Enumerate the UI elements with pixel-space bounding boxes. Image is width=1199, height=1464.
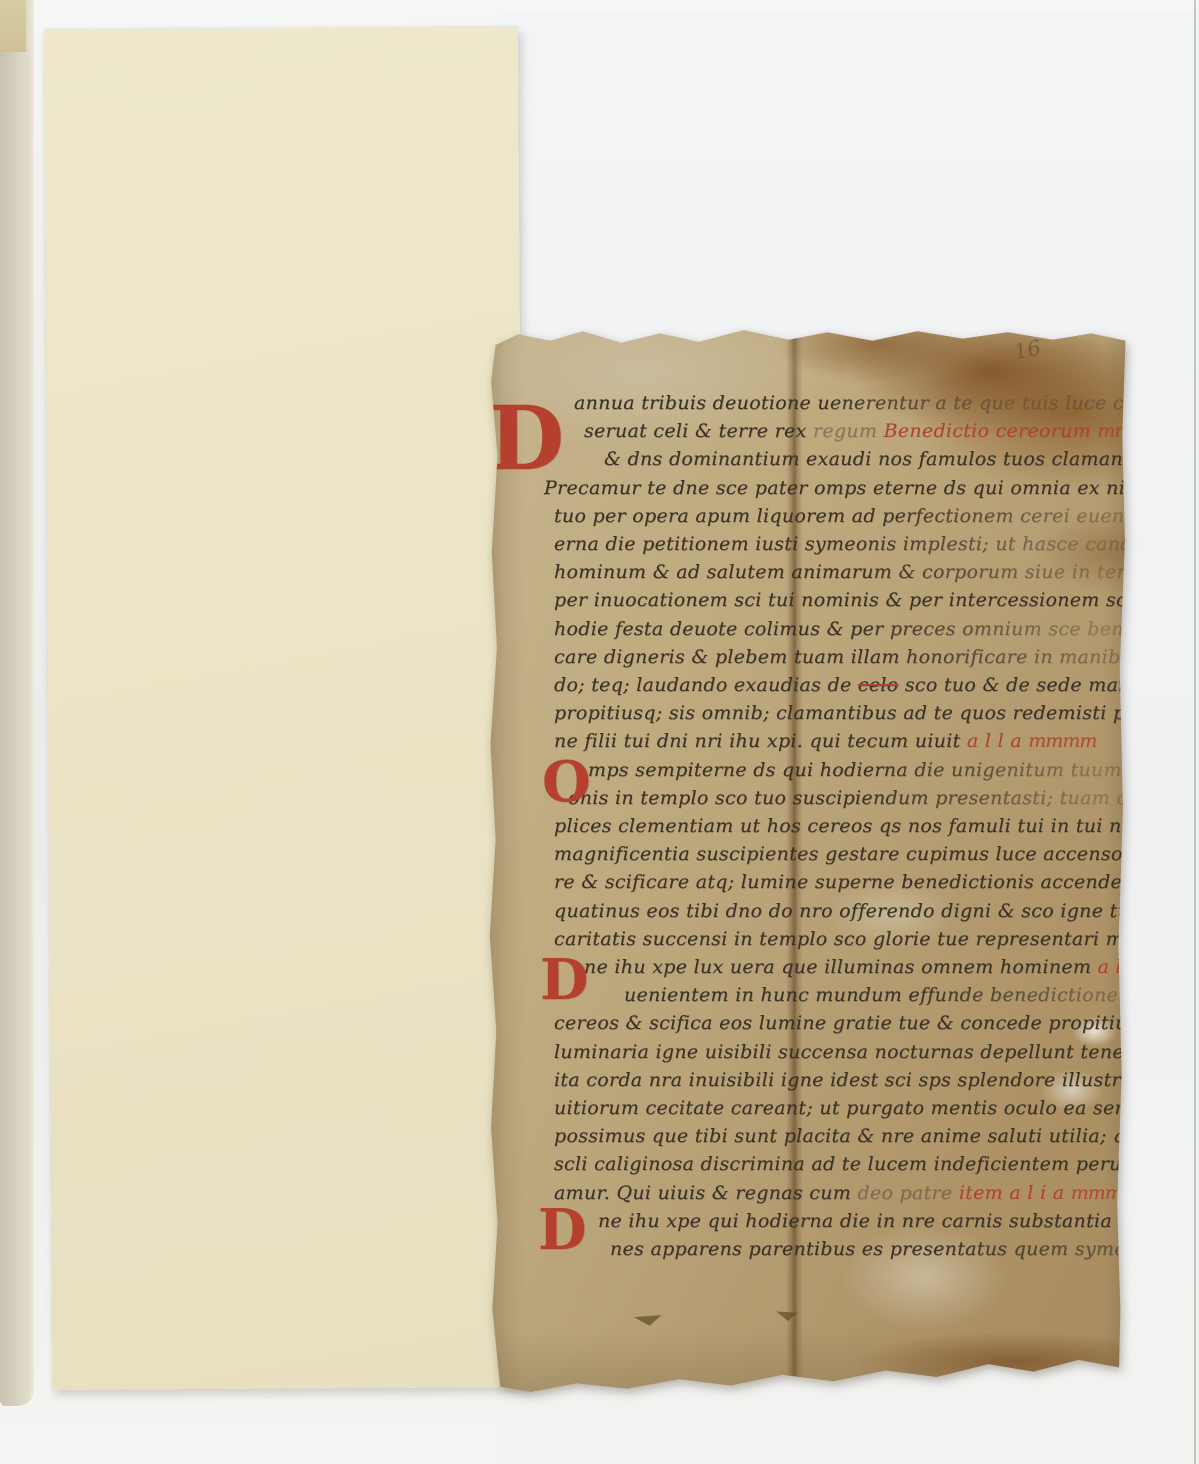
manuscript-line: plices clementiam ut hos cereos qs nos f… — [554, 812, 1187, 840]
text-segment: mmmm — [1028, 730, 1096, 752]
text-segment: plices clementiam ut hos cereos qs nos f… — [554, 815, 1187, 837]
manuscript-line: care digneris & plebem tuam illam honori… — [554, 643, 1199, 671]
text-segment: seruat celi & terre rex — [584, 420, 813, 442]
manuscript-line: luminaria igne uisibili succensa nocturn… — [554, 1038, 1167, 1066]
text-segment: Benedictio cereorum — [884, 420, 1098, 442]
manuscript-line: nes apparens parentibus es presentatus q… — [610, 1235, 1199, 1263]
text-segment: re & scificare atq; lumine superne bened… — [554, 871, 1199, 893]
text-segment: do; teq; laudando exaudias de — [554, 674, 858, 696]
text-segment: onis in templo sco tuo suscipiendum pres… — [568, 787, 1199, 809]
text-segment: amur. Qui uiuis & regnas cum — [554, 1182, 857, 1204]
text-segment: a l l a — [967, 730, 1028, 752]
text-segment: cereos & scifica eos lumine gratie tue &… — [554, 1012, 1199, 1034]
guard-page — [44, 27, 526, 1390]
manuscript-line: hodie festa deuote colimus & per preces … — [554, 615, 1199, 643]
rubricated-initial: D — [488, 398, 564, 479]
manuscript-line: uenientem in hunc mundum effunde benedic… — [624, 981, 1199, 1009]
book-fore-edge-top — [0, 0, 26, 52]
manuscript-line: ne ihu xpe lux uera que illuminas omnem … — [584, 953, 1199, 981]
manuscript-line: & dns dominantium exaudi nos famulos tuo… — [604, 445, 1199, 473]
manuscript-line: onis in templo sco tuo suscipiendum pres… — [568, 784, 1199, 812]
text-segment: luminaria igne uisibili succensa nocturn… — [554, 1041, 1167, 1063]
text-segment: scli caliginosa discrimina ad te lucem i… — [554, 1153, 1199, 1175]
text-segment: mmmm — [1071, 1182, 1139, 1204]
text-segment: deo patre — [857, 1182, 958, 1204]
manuscript-line: uitiorum cecitate careant; ut purgato me… — [554, 1094, 1199, 1122]
manuscript-line: possimus que tibi sunt placita & nre ani… — [554, 1122, 1199, 1150]
manuscript-line: seruat celi & terre rex regum Benedictio… — [584, 417, 1182, 445]
text-segment: ne ihu xpe lux uera que illuminas omnem … — [584, 956, 1098, 978]
rubricated-initial: D — [538, 1204, 587, 1256]
text-segment: item a l i a — [959, 1182, 1071, 1204]
parchment-cut-mark — [634, 1315, 663, 1327]
manuscript-line: ita corda nra inuisibili igne idest sci … — [554, 1066, 1199, 1094]
text-segment: care digneris & plebem tuam illam honori… — [554, 646, 1199, 668]
manuscript-line: Precamur te dne sce pater omps eterne ds… — [544, 474, 1199, 502]
text-segment: uenientem in hunc mundum effunde benedic… — [624, 984, 1199, 1006]
manuscript-line: scli caliginosa discrimina ad te lucem i… — [554, 1150, 1199, 1178]
folio-number: 16 — [1012, 335, 1043, 364]
parchment-cut-mark — [776, 1311, 798, 1321]
manuscript-line: do; teq; laudando exaudias de celo sco t… — [554, 671, 1199, 699]
text-segment: ita corda nra inuisibili igne idest sci … — [554, 1069, 1199, 1091]
rubricated-initial: O — [542, 756, 591, 808]
text-segment: ne ihu xpe qui hodierna die in nre carni… — [598, 1210, 1199, 1232]
text-segment: hominum & ad salutem animarum & corporum… — [554, 561, 1199, 583]
manuscript-line: caritatis succensi in templo sco glorie … — [554, 925, 1199, 953]
text-segment: ne filii tui dni nri ihu xpi. qui tecum … — [554, 730, 967, 752]
manuscript-line: mps sempiterne ds qui hodierna die unige… — [588, 756, 1199, 784]
text-segment: & dns dominantium exaudi nos famulos tuo… — [604, 448, 1199, 470]
text-segment: annua tribuis deuotione uenerentur a te … — [574, 392, 1162, 414]
text-segment: magnificentia suscipientes gestare cupim… — [554, 843, 1199, 865]
text-segment: quatinus eos tibi dno do nro offerendo d… — [554, 900, 1199, 922]
manuscript-line: erna die petitionem iusti symeonis imple… — [554, 530, 1199, 558]
manuscript-line: hominum & ad salutem animarum & corporum… — [554, 558, 1199, 586]
parchment-surface: 16 annua tribuis deuotione uenerentur a … — [486, 328, 1130, 1394]
manuscript-line: amur. Qui uiuis & regnas cum deo patre i… — [554, 1179, 1139, 1207]
text-segment: propitiusq; sis omnib; clamantibus ad te… — [554, 702, 1199, 724]
manuscript-line: per inuocationem sci tui nominis & per i… — [554, 586, 1199, 614]
manuscript-line: tuo per opera apum liquorem ad perfectio… — [554, 502, 1199, 530]
parchment-leaf: 16 annua tribuis deuotione uenerentur a … — [486, 328, 1130, 1394]
text-segment: nes apparens parentibus es presentatus q… — [610, 1238, 1199, 1260]
rubricated-initial: D — [540, 954, 589, 1006]
text-segment: Precamur te dne sce pater omps eterne ds… — [544, 477, 1199, 499]
manuscript-line: ne ihu xpe qui hodierna die in nre carni… — [598, 1207, 1199, 1235]
manuscript-line: magnificentia suscipientes gestare cupim… — [554, 840, 1199, 868]
text-segment: mps sempiterne ds qui hodierna die unige… — [588, 759, 1199, 781]
manuscript-line: cereos & scifica eos lumine gratie tue &… — [554, 1009, 1199, 1037]
backdrop-frame-line — [1194, 0, 1196, 1464]
text-segment: erna die petitionem iusti symeonis imple… — [554, 533, 1199, 555]
text-segment: caritatis succensi in templo sco glorie … — [554, 928, 1199, 950]
manuscript-line: quatinus eos tibi dno do nro offerendo d… — [554, 897, 1199, 925]
text-segment: tuo per opera apum liquorem ad perfectio… — [554, 505, 1199, 527]
text-segment: hodie festa deuote colimus & per preces … — [554, 618, 1199, 640]
text-segment: uitiorum cecitate careant; ut purgato me… — [554, 1097, 1199, 1119]
text-segment: regum — [813, 420, 884, 442]
text-segment: celo — [858, 674, 899, 696]
manuscript-line: propitiusq; sis omnib; clamantibus ad te… — [554, 699, 1199, 727]
manuscript-line: annua tribuis deuotione uenerentur a te … — [574, 389, 1162, 417]
text-segment: possimus que tibi sunt placita & nre ani… — [554, 1125, 1199, 1147]
photograph-backdrop: { "palette": { "backdrop": "#ececea", "g… — [0, 0, 1199, 1464]
book-fore-edge — [0, 0, 34, 1406]
manuscript-line: re & scificare atq; lumine superne bened… — [554, 868, 1199, 896]
manuscript-line: ne filii tui dni nri ihu xpi. qui tecum … — [554, 727, 1096, 755]
text-segment: per inuocationem sci tui nominis & per i… — [554, 589, 1140, 611]
